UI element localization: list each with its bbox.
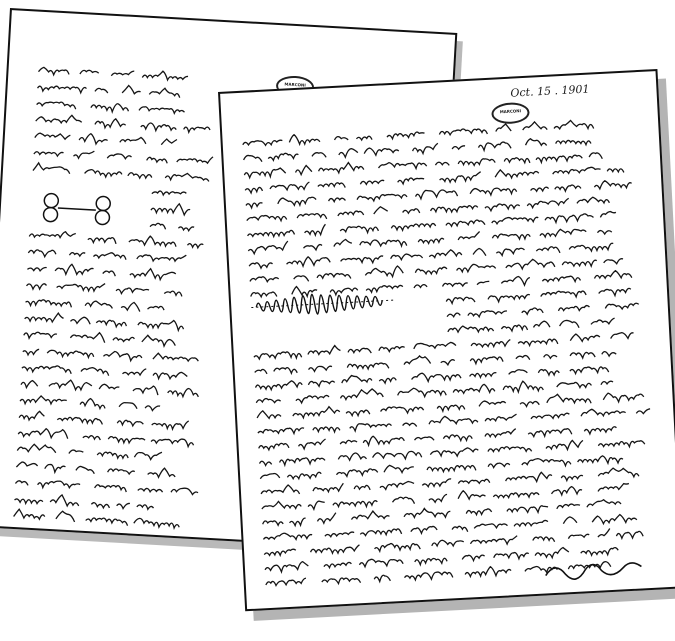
- handwriting-word: [415, 267, 447, 275]
- handwriting-word: [255, 380, 302, 390]
- handwriting-word: [470, 372, 497, 377]
- handwriting-word: [411, 371, 461, 382]
- handwriting-word: [429, 494, 448, 502]
- handwriting-word: [117, 420, 143, 427]
- handwriting-word: [16, 462, 37, 469]
- handwriting-word: [70, 316, 90, 324]
- handwriting-word: [470, 536, 517, 546]
- handwriting-word: [263, 532, 312, 541]
- handwriting-word: [577, 455, 623, 465]
- handwriting-word: [636, 409, 650, 414]
- handwriting-word: [308, 380, 335, 387]
- handwriting-word: [351, 510, 389, 520]
- handwriting-word: [313, 426, 340, 433]
- handwriting-word: [430, 205, 478, 213]
- handwriting-word: [556, 139, 591, 146]
- handwriting-word: [73, 150, 94, 159]
- spark-gap-diagram: [43, 193, 110, 225]
- handwriting-word: [243, 155, 262, 163]
- handwriting-word: [378, 161, 426, 171]
- handwriting-word: [429, 415, 478, 426]
- handwriting-word: [76, 466, 95, 474]
- handwriting-word: [35, 133, 71, 140]
- handwriting-word: [69, 450, 84, 454]
- handwriting-word: [138, 488, 163, 493]
- handwriting-word: [347, 362, 389, 370]
- handwriting-word: [168, 387, 199, 397]
- handwriting-word: [142, 70, 188, 81]
- handwriting-word: [95, 88, 108, 93]
- handwriting-word: [148, 306, 165, 310]
- handwriting-word: [514, 520, 548, 526]
- handwriting-word: [137, 252, 187, 262]
- handwriting-word: [437, 405, 465, 412]
- handwriting-word: [542, 276, 580, 284]
- handwriting-word: [137, 504, 154, 509]
- handwriting-word: [111, 70, 134, 77]
- handwriting-word: [152, 190, 187, 196]
- handwriting-word: [289, 133, 320, 145]
- handwriting-word: [427, 465, 476, 473]
- handwriting-word: [161, 139, 177, 146]
- handwriting-word: [134, 518, 180, 528]
- handwriting-word: [171, 487, 198, 494]
- handwriting-word: [439, 128, 487, 137]
- handwriting-word: [27, 266, 46, 271]
- handwriting-word: [259, 443, 290, 450]
- handwriting-word: [150, 223, 166, 229]
- handwriting-word: [568, 534, 589, 538]
- handwriting-word: [268, 153, 299, 161]
- handwriting-word: [505, 472, 552, 483]
- handwriting-word: [598, 467, 639, 479]
- handwriting-word: [165, 172, 209, 182]
- handwriting-word: [594, 270, 632, 280]
- handwriting-word: [598, 440, 645, 448]
- handwriting-word: [21, 380, 38, 388]
- handwriting-word: [359, 558, 403, 568]
- handwriting-word: [246, 203, 263, 208]
- handwriting-word: [256, 398, 281, 404]
- handwriting-word: [145, 405, 160, 411]
- handwriting-word: [466, 509, 492, 515]
- handwriting-word: [488, 294, 530, 302]
- handwriting-word: [533, 536, 555, 543]
- handwriting-word: [247, 214, 287, 222]
- handwriting-word: [245, 187, 263, 193]
- handwriting-word: [38, 480, 81, 490]
- handwriting-word: [599, 288, 632, 296]
- handwriting-word: [418, 238, 444, 244]
- handwriting-word: [107, 153, 131, 159]
- handwriting-word: [492, 233, 530, 241]
- handwriting-word: [411, 526, 438, 534]
- handwriting-word: [142, 335, 176, 347]
- handwriting-word: [441, 360, 455, 366]
- handwriting-word: [594, 179, 632, 189]
- signature: [545, 562, 642, 581]
- handwriting-word: [250, 276, 279, 283]
- handwriting-word: [600, 211, 616, 217]
- handwriting-word: [22, 364, 72, 374]
- handwriting-word: [23, 348, 39, 355]
- handwriting-word: [414, 284, 427, 288]
- handwriting-word: [607, 168, 624, 173]
- handwriting-word: [318, 182, 346, 189]
- handwriting-word: [298, 439, 326, 449]
- handwriting-word: [447, 313, 460, 317]
- handwriting-word: [270, 182, 310, 191]
- handwriting-word: [260, 473, 280, 479]
- handwriting-word: [552, 167, 600, 174]
- handwriting-word: [99, 384, 119, 390]
- handwriting-word: [458, 490, 486, 500]
- handwriting-word: [339, 148, 359, 157]
- handwriting-word: [257, 410, 281, 419]
- handwriting-word: [340, 440, 357, 444]
- handwriting-word: [366, 285, 403, 293]
- handwriting-word: [570, 366, 609, 374]
- handwriting-word: [555, 185, 581, 192]
- handwriting-word: [453, 384, 495, 395]
- handwriting-word: [334, 136, 348, 140]
- handwriting-word: [360, 529, 401, 536]
- handwriting-word: [184, 126, 211, 134]
- handwriting-word: [91, 102, 129, 112]
- handwriting-word: [403, 423, 417, 428]
- handwriting-word: [591, 318, 615, 325]
- handwriting-word: [495, 124, 511, 132]
- handwriting-word: [531, 413, 570, 419]
- handwriting-word: [313, 483, 344, 492]
- handwriting-word: [456, 263, 495, 272]
- handwriting-word: [397, 387, 446, 398]
- handwriting-word: [57, 281, 106, 292]
- handwriting-word: [324, 562, 352, 568]
- handwriting-word: [308, 501, 325, 510]
- handwriting-word: [264, 549, 296, 556]
- handwriting-word: [119, 402, 137, 408]
- handwriting-word: [80, 70, 99, 75]
- handwriting-word: [108, 469, 135, 475]
- handwriting-word: [495, 168, 539, 179]
- handwriting-word: [540, 228, 587, 237]
- handwriting-word: [153, 353, 199, 362]
- handwriting-word: [488, 463, 510, 468]
- handwriting-word: [360, 180, 384, 184]
- handwriting-word: [80, 398, 106, 409]
- handwriting-word: [374, 575, 390, 582]
- handwriting-word: [86, 517, 128, 526]
- handwriting-word: [415, 189, 457, 199]
- handwriting-word: [516, 355, 530, 360]
- handwriting-word: [255, 369, 267, 374]
- handwriting-word: [485, 414, 517, 421]
- handwriting-word: [478, 142, 511, 151]
- handwriting-word: [536, 246, 560, 254]
- handwriting-word: [317, 272, 351, 280]
- handwriting-word: [139, 106, 185, 113]
- handwriting-word: [471, 340, 511, 348]
- handwriting-word: [34, 151, 64, 157]
- handwriting-word: [485, 203, 520, 211]
- handwriting-word: [308, 366, 332, 372]
- handwriting-word: [452, 146, 465, 150]
- handwriting-word: [522, 308, 544, 315]
- handwriting-word: [470, 186, 517, 196]
- handwriting-word: [69, 252, 85, 256]
- handwriting-word: [24, 331, 57, 339]
- handwriting-word: [279, 457, 325, 465]
- handwriting-word: [404, 571, 453, 580]
- handwriting-word: [130, 268, 176, 281]
- handwriting-word: [312, 152, 326, 158]
- handwriting-word: [340, 388, 383, 399]
- handwriting-word: [322, 577, 361, 585]
- handwriting-word: [297, 213, 327, 220]
- handwriting-word: [251, 291, 277, 297]
- handwriting-word: [387, 132, 425, 139]
- handwriting-word: [598, 483, 630, 491]
- handwriting-word: [274, 367, 298, 374]
- handwriting-word: [508, 369, 527, 374]
- handwriting-word: [581, 408, 626, 417]
- handwriting-word: [38, 67, 69, 76]
- handwriting-word: [446, 297, 475, 304]
- handwriting-word: [258, 427, 305, 435]
- handwriting-word: [287, 472, 321, 479]
- handwriting-word: [116, 287, 149, 295]
- handwriting-word: [96, 320, 127, 328]
- handwriting-word: [465, 566, 511, 578]
- handwriting-word: [477, 281, 490, 284]
- handwriting-word: [294, 275, 309, 282]
- handwriting-word: [36, 113, 82, 124]
- handwriting-word: [292, 406, 339, 418]
- handwriting-word: [479, 400, 506, 406]
- handwriting-word: [364, 147, 399, 156]
- handwriting-word: [289, 518, 306, 526]
- handwriting-word: [79, 133, 108, 145]
- handwriting-word: [259, 461, 271, 466]
- handwriting-word: [432, 539, 464, 547]
- handwriting-word: [496, 248, 525, 256]
- handwriting-word: [414, 342, 456, 350]
- handwriting-word: [70, 331, 105, 343]
- handwriting-word: [151, 437, 194, 446]
- handwriting-word: [122, 85, 141, 94]
- handwriting-word: [535, 547, 569, 558]
- handwriting-word: [505, 258, 554, 270]
- handwriting-word: [597, 230, 611, 234]
- handwriting-word: [133, 385, 159, 395]
- handwriting-word: [263, 520, 284, 526]
- handwriting-word: [546, 440, 584, 451]
- handwriting-word: [589, 152, 602, 159]
- handwriting-word: [557, 381, 592, 389]
- handwriting-word: [286, 256, 330, 267]
- handwriting-word: [317, 513, 336, 524]
- handwriting-word: [604, 259, 624, 265]
- handwriting-word: [603, 391, 644, 402]
- handwriting-word: [357, 193, 407, 201]
- handwriting-word: [439, 172, 481, 183]
- handwriting-word: [442, 282, 467, 287]
- handwriting-word: [350, 422, 392, 431]
- handwriting-word: [122, 368, 146, 376]
- handwriting-word: [536, 155, 582, 163]
- handwriting-word: [28, 249, 56, 257]
- handwriting-word: [81, 367, 109, 376]
- handwriting-word: [33, 163, 70, 174]
- handwriting-word: [336, 468, 378, 476]
- handwriting-word: [18, 427, 68, 439]
- handwriting-word: [581, 547, 619, 556]
- handwriting-word: [488, 445, 532, 453]
- handwriting-word: [458, 158, 495, 166]
- handwriting-word: [587, 499, 621, 507]
- handwriting-word: [354, 485, 370, 490]
- handwriting-word: [164, 291, 182, 297]
- handwriting-word: [562, 260, 597, 267]
- handwriting-word: [501, 276, 530, 286]
- handwriting-word: [372, 451, 421, 461]
- handwriting-word: [266, 578, 307, 586]
- handwriting-word: [554, 119, 594, 130]
- handwriting-word: [149, 87, 180, 97]
- handwriting-word: [473, 248, 486, 256]
- handwriting-word: [570, 333, 600, 342]
- handwriting-word: [303, 244, 322, 250]
- handwriting-word: [29, 230, 76, 240]
- handwriting-word: [525, 138, 546, 147]
- handwriting-word: [310, 545, 360, 555]
- handwriting-word: [19, 410, 45, 421]
- handwriting-word: [265, 561, 309, 572]
- handwriting-word: [605, 303, 639, 310]
- handwriting-word: [504, 157, 530, 164]
- handwriting-word: [14, 499, 43, 505]
- handwriting-word: [151, 202, 191, 215]
- handwriting-word: [356, 136, 372, 140]
- handwriting-word: [569, 243, 614, 252]
- handwriting-word: [610, 332, 633, 339]
- handwriting-word: [379, 346, 405, 352]
- handwriting-word: [120, 136, 146, 143]
- handwriting-word: [435, 162, 449, 166]
- handwriting-word: [304, 224, 326, 235]
- handwriting-word: [134, 451, 162, 460]
- handwriting-word: [177, 155, 213, 164]
- handwriting-word: [592, 514, 637, 525]
- handwriting-word: [616, 531, 643, 539]
- handwriting-word: [340, 225, 378, 234]
- handwriting-word: [17, 443, 56, 453]
- handwriting-word: [45, 464, 66, 473]
- handwriting-word: [503, 380, 544, 393]
- handwriting-word: [187, 243, 203, 248]
- handwriting-word: [141, 122, 177, 131]
- handwriting-word: [103, 271, 116, 277]
- handwriting-word: [443, 434, 472, 442]
- handwriting-word: [152, 419, 189, 430]
- handwriting-word: [14, 509, 46, 520]
- handwriting-word: [346, 410, 370, 416]
- handwriting-word: [458, 232, 480, 241]
- handwriting-word: [153, 371, 188, 380]
- handwriting-word: [37, 101, 77, 109]
- handwriting-word: [403, 209, 420, 214]
- handwriting-word: [559, 320, 579, 329]
- handwriting-word: [49, 379, 92, 391]
- handwriting-word: [244, 168, 286, 178]
- handwriting-word: [570, 352, 595, 359]
- handwriting-word: [584, 427, 616, 435]
- handwriting-word: [113, 336, 135, 342]
- handwriting-word: [458, 479, 490, 484]
- handwriting-word: [412, 143, 438, 154]
- handwriting-word: [493, 492, 539, 499]
- handwriting-word: [262, 500, 302, 510]
- handwriting-word: [380, 405, 423, 414]
- handwriting-word: [318, 162, 364, 174]
- handwriting-word: [50, 494, 79, 506]
- handwriting-word: [518, 339, 558, 346]
- handwriting-word: [25, 311, 64, 323]
- handwriting-word: [470, 356, 503, 363]
- handwriting-word: [474, 523, 508, 529]
- handwriting-word: [528, 428, 572, 437]
- handwriting-word: [522, 457, 571, 468]
- handwriting-word: [248, 241, 288, 254]
- handwriting-word: [557, 504, 581, 509]
- handwriting-word: [448, 324, 494, 333]
- handwriting-word: [295, 165, 312, 175]
- handwriting-word: [334, 239, 352, 246]
- handwriting-word: [468, 310, 507, 318]
- oscillation-waveform-diagram: [256, 291, 383, 318]
- handwriting-word: [88, 236, 117, 244]
- handwriting-word: [308, 345, 341, 355]
- handwriting-word: [254, 351, 302, 360]
- handwriting-word: [404, 355, 431, 364]
- handwriting-word: [330, 288, 358, 295]
- handwriting-word: [501, 325, 527, 332]
- handwriting-word: [598, 529, 611, 538]
- handwriting-word: [430, 447, 478, 457]
- handwriting-word: [348, 348, 371, 354]
- handwriting-word: [25, 299, 71, 308]
- handwriting-word: [341, 374, 372, 383]
- handwriting-word: [178, 226, 194, 231]
- manuscript-page-front: Oct. 15 . 1901 MARCONI: [218, 69, 675, 611]
- handwriting-word: [546, 393, 591, 406]
- handwriting-word: [47, 350, 94, 359]
- handwriting-word: [148, 467, 176, 478]
- handwriting-word: [363, 435, 404, 446]
- handwriting-word: [117, 503, 130, 509]
- handwriting-word: [380, 481, 415, 490]
- handwriting-word: [398, 177, 425, 184]
- handwriting-word: [84, 169, 122, 178]
- handwriting-word: [538, 369, 559, 376]
- handwriting-word: [390, 253, 422, 260]
- handwriting-word: [97, 452, 128, 459]
- handwriting-word: [462, 554, 485, 561]
- handwriting-word: [527, 198, 569, 208]
- handwriting-word: [147, 157, 168, 163]
- handwriting-word: [577, 196, 610, 204]
